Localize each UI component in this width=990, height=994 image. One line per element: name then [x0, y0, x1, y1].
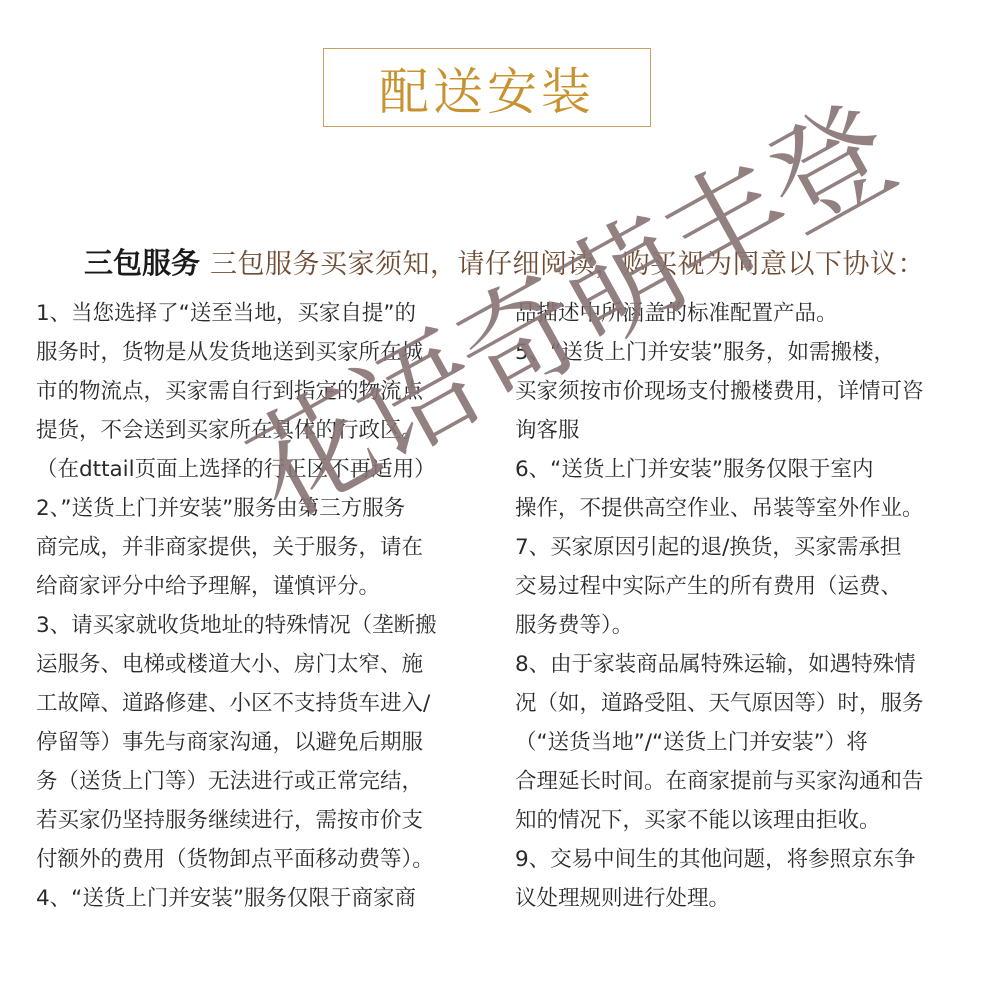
text-line: 服务时，货物是从发货地送到买家所在城	[36, 333, 486, 372]
text-line: 议处理规则进行处理。	[515, 879, 965, 918]
text-line: 若买家仍坚持服务继续进行，需按市价支	[36, 801, 486, 840]
heading-subtitle: 三包服务买家须知，请仔细阅读，购买视为同意以下协议：	[210, 242, 925, 281]
text-line: 买家须按市价现场支付搬楼费用，详情可咨	[515, 372, 965, 411]
terms-left-column: 1、当您选择了“送至当地，买家自提”的 服务时，货物是从发货地送到买家所在城 市…	[36, 294, 486, 918]
terms-right-column: 品描述中所涵盖的标准配置产品。 5、“送货上门并安装”服务，如需搬楼， 买家须按…	[515, 294, 965, 918]
text-line: 1、当您选择了“送至当地，买家自提”的	[36, 294, 486, 333]
text-line: 付额外的费用（货物卸点平面移动费等）。	[36, 840, 486, 879]
text-line: 工故障、道路修建、小区不支持货车进入/	[36, 684, 486, 723]
title-box: 配送安装	[323, 48, 651, 127]
text-line: 3、请买家就收货地址的特殊情况（垄断搬	[36, 606, 486, 645]
text-line: 4、“送货上门并安装”服务仅限于商家商	[36, 879, 486, 918]
text-line: 停留等）事先与商家沟通，以避免后期服	[36, 723, 486, 762]
text-line: 9、交易中间生的其他问题，将参照京东争	[515, 840, 965, 879]
text-line: 知的情况下，买家不能以该理由拒收。	[515, 801, 965, 840]
text-line: 6、“送货上门并安装”服务仅限于室内	[515, 450, 965, 489]
text-line: （在dttail页面上选择的行正区不再适用）	[36, 450, 486, 489]
heading-bold-label: 三包服务	[84, 241, 200, 282]
section-heading: 三包服务 三包服务买家须知，请仔细阅读，购买视为同意以下协议：	[84, 241, 925, 282]
text-line: 务（送货上门等）无法进行或正常完结，	[36, 762, 486, 801]
text-line: 询客服	[515, 411, 965, 450]
text-line: 操作，不提供高空作业、吊装等室外作业。	[515, 489, 965, 528]
text-line: 给商家评分中给予理解，谨慎评分。	[36, 567, 486, 606]
text-line: 服务费等）。	[515, 606, 965, 645]
page-title: 配送安装	[379, 52, 595, 124]
text-line: 况（如，道路受阻、天气原因等）时，服务	[515, 684, 965, 723]
text-line: 提货，不会送到买家所在具体的行政区。	[36, 411, 486, 450]
text-line: 市的物流点，买家需自行到指定的物流点	[36, 372, 486, 411]
text-line: 2、”送货上门并安装”服务由第三方服务	[36, 489, 486, 528]
text-line: 交易过程中实际产生的所有费用（运费、	[515, 567, 965, 606]
text-line: 8、由于家装商品属特殊运输，如遇特殊情	[515, 645, 965, 684]
text-line: 运服务、电梯或楼道大小、房门太窄、施	[36, 645, 486, 684]
text-line: （“送货当地”/“送货上门并安装”）将	[515, 723, 965, 762]
text-line: 7、买家原因引起的退/换货，买家需承担	[515, 528, 965, 567]
text-line: 5、“送货上门并安装”服务，如需搬楼，	[515, 333, 965, 372]
text-line: 合理延长时间。在商家提前与买家沟通和告	[515, 762, 965, 801]
text-line: 商完成，并非商家提供，关于服务，请在	[36, 528, 486, 567]
text-line: 品描述中所涵盖的标准配置产品。	[515, 294, 965, 333]
